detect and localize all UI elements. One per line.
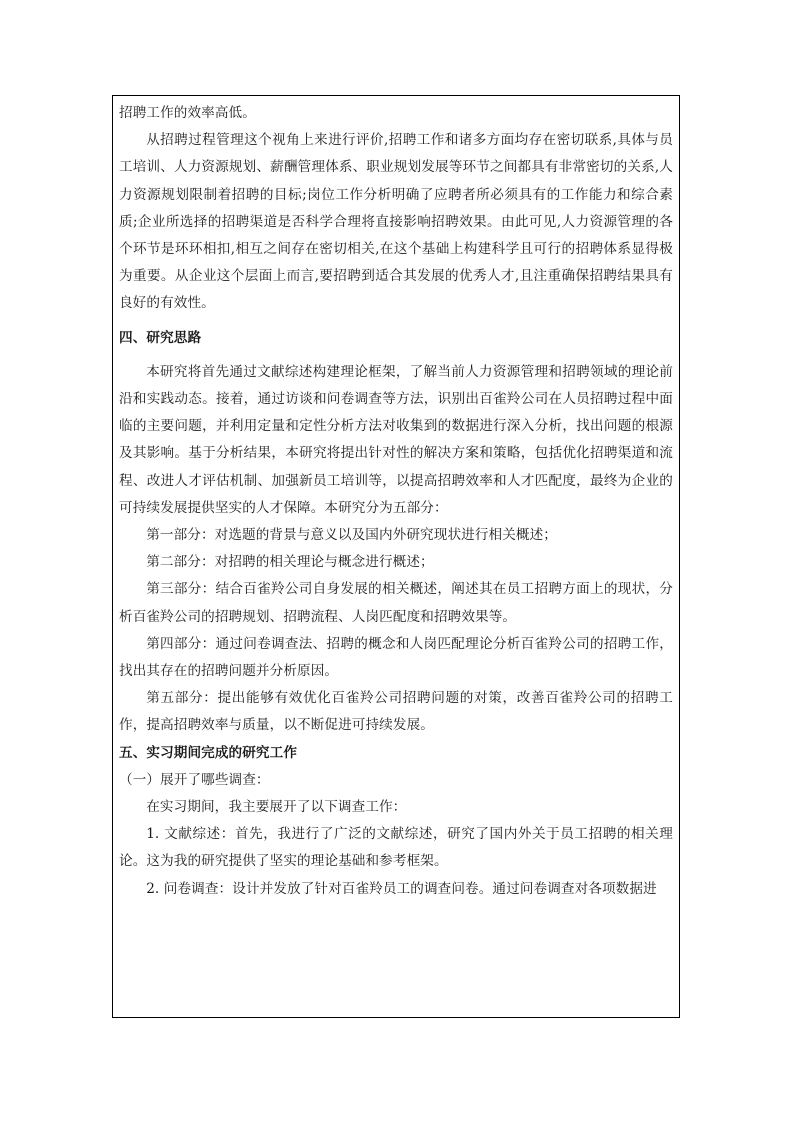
paragraph-research-approach: 本研究将首先通过文献综述构建理论框架，了解当前人力资源管理和招聘领域的理论前沿和…	[119, 359, 673, 522]
paragraph-continued: 招聘工作的效率高低。	[119, 100, 673, 127]
paragraph-survey-intro: 在实习期间，我主要展开了以下调查工作：	[119, 794, 673, 821]
paragraph-part-three: 第三部分：结合百雀羚公司自身发展的相关概述，阐述其在员工招聘方面上的现状，分析百…	[119, 576, 673, 630]
paragraph-part-five: 第五部分：提出能够有效优化百雀羚公司招聘问题的对策，改善百雀羚公司的招聘工作，提…	[119, 685, 673, 739]
document-body: 招聘工作的效率高低。 从招聘过程管理这个视角上来进行评价,招聘工作和诸多方面均存…	[113, 96, 679, 903]
section-heading-research-approach: 四、研究思路	[119, 325, 673, 352]
paragraph-recruitment-process: 从招聘过程管理这个视角上来进行评价,招聘工作和诸多方面均存在密切联系,具体与员工…	[119, 127, 673, 317]
paragraph-part-four: 第四部分：通过问卷调查法、招聘的概念和人岗匹配理论分析百雀羚公司的招聘工作，找出…	[119, 631, 673, 685]
paragraph-part-two: 第二部分：对招聘的相关理论与概念进行概述；	[119, 549, 673, 576]
paragraph-part-one: 第一部分：对选题的背景与意义以及国内外研究现状进行相关概述；	[119, 522, 673, 549]
subheading-surveys: （一）展开了哪些调查：	[119, 767, 673, 794]
document-frame: 招聘工作的效率高低。 从招聘过程管理这个视角上来进行评价,招聘工作和诸多方面均存…	[112, 95, 680, 1018]
spacer	[119, 318, 673, 325]
list-item-questionnaire: 2. 问卷调查：设计并发放了针对百雀羚员工的调查问卷。通过问卷调查对各项数据进	[119, 876, 673, 903]
list-item-literature-review: 1. 文献综述：首先，我进行了广泛的文献综述，研究了国内外关于员工招聘的相关理论…	[119, 821, 673, 875]
section-heading-internship-work: 五、实习期间完成的研究工作	[119, 740, 673, 767]
spacer	[119, 352, 673, 359]
